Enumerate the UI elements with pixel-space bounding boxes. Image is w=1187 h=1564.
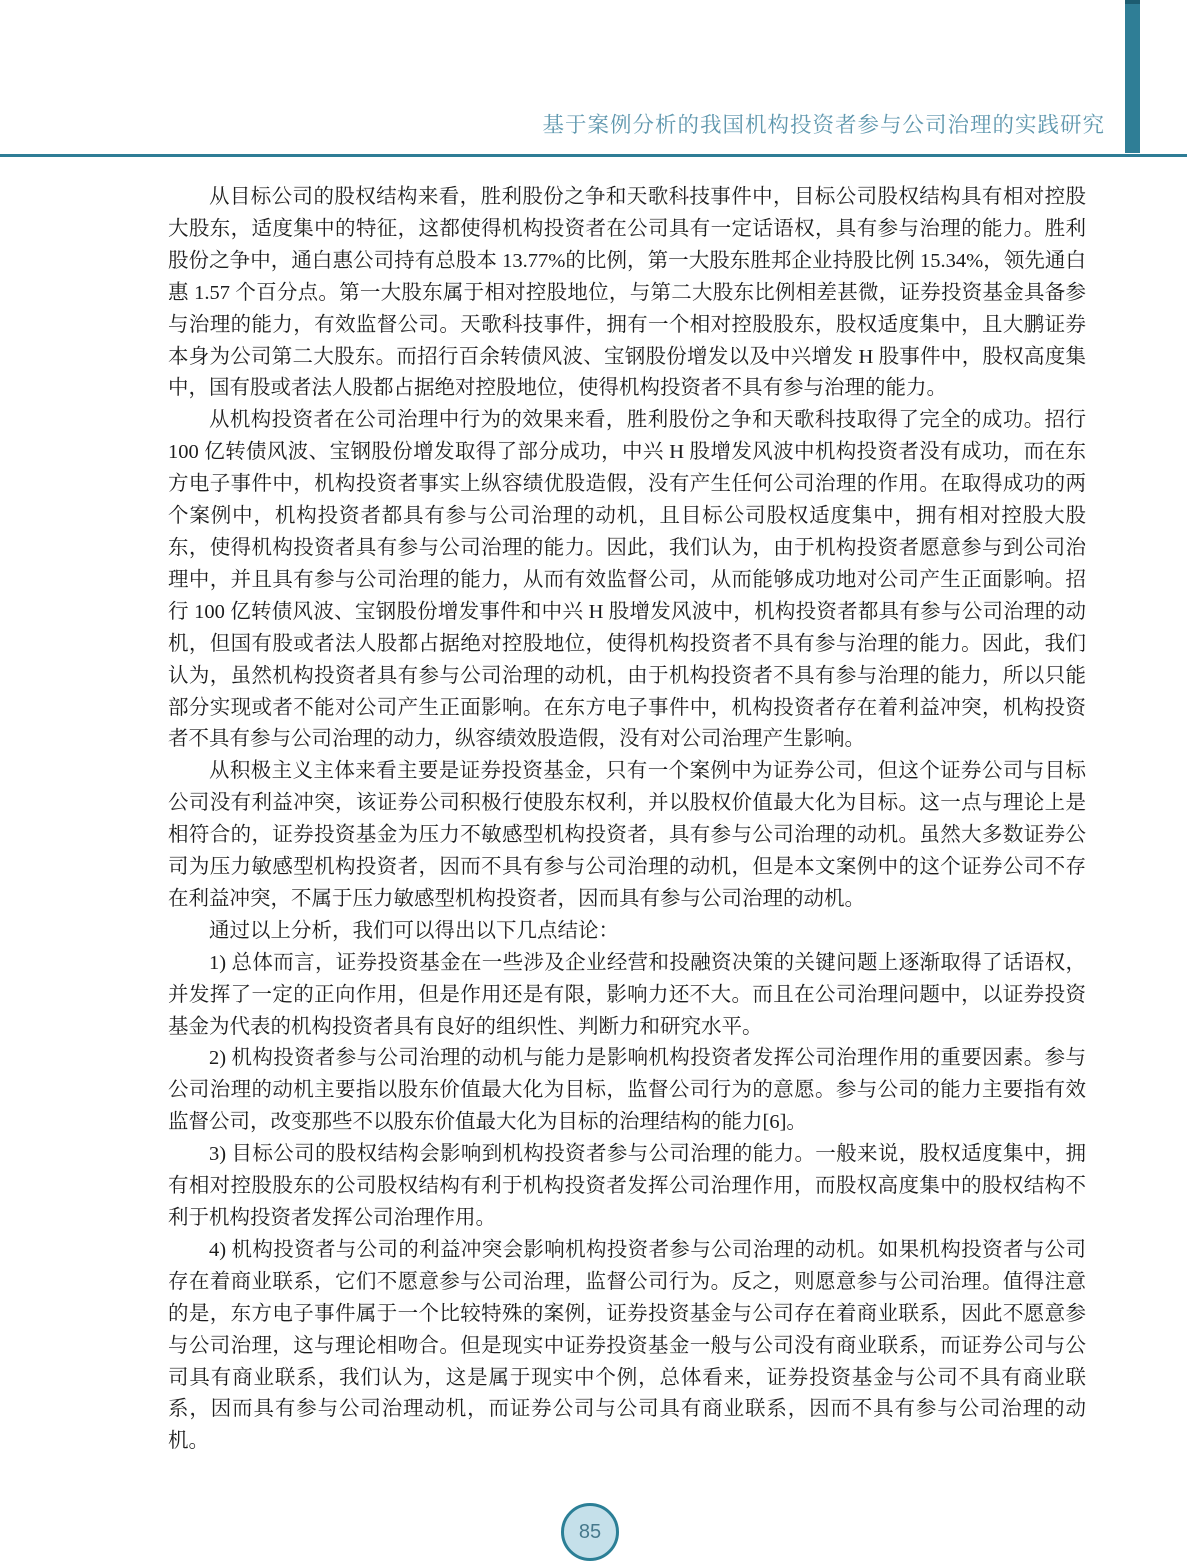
conclusion-item-4: 4) 机构投资者与公司的利益冲突会影响机构投资者参与公司治理的动机。如果机构投资… <box>168 1235 1086 1458</box>
paragraph-governance-effect: 从机构投资者在公司治理中行为的效果来看，胜利股份之争和天歌科技取得了完全的成功。… <box>168 405 1086 756</box>
paragraph-conclusion-intro: 通过以上分析，我们可以得出以下几点结论： <box>168 916 1086 948</box>
conclusion-item-3: 3) 目标公司的股权结构会影响到机构投资者参与公司治理的能力。一般来说，股权适度… <box>168 1139 1086 1235</box>
header-divider <box>0 154 1187 157</box>
paragraph-activism-subject: 从积极主义主体来看主要是证券投资基金，只有一个案例中为证券公司，但这个证券公司与… <box>168 756 1086 916</box>
page-number-badge: 85 <box>561 1503 619 1561</box>
page-number: 85 <box>579 1521 601 1544</box>
accent-bar <box>1125 0 1140 153</box>
conclusion-item-1: 1) 总体而言，证券投资基金在一些涉及企业经营和投融资决策的关键问题上逐渐取得了… <box>168 948 1086 1044</box>
conclusion-item-2: 2) 机构投资者参与公司治理的动机与能力是影响机构投资者发挥公司治理作用的重要因… <box>168 1043 1086 1139</box>
body-text-block: 从目标公司的股权结构来看，胜利股份之争和天歌科技事件中，目标公司股权结构具有相对… <box>168 182 1086 1458</box>
paragraph-share-structure: 从目标公司的股权结构来看，胜利股份之争和天歌科技事件中，目标公司股权结构具有相对… <box>168 182 1086 405</box>
document-page: 基于案例分析的我国机构投资者参与公司治理的实践研究 从目标公司的股权结构来看，胜… <box>0 0 1187 1564</box>
running-head-title: 基于案例分析的我国机构投资者参与公司治理的实践研究 <box>0 108 1105 139</box>
